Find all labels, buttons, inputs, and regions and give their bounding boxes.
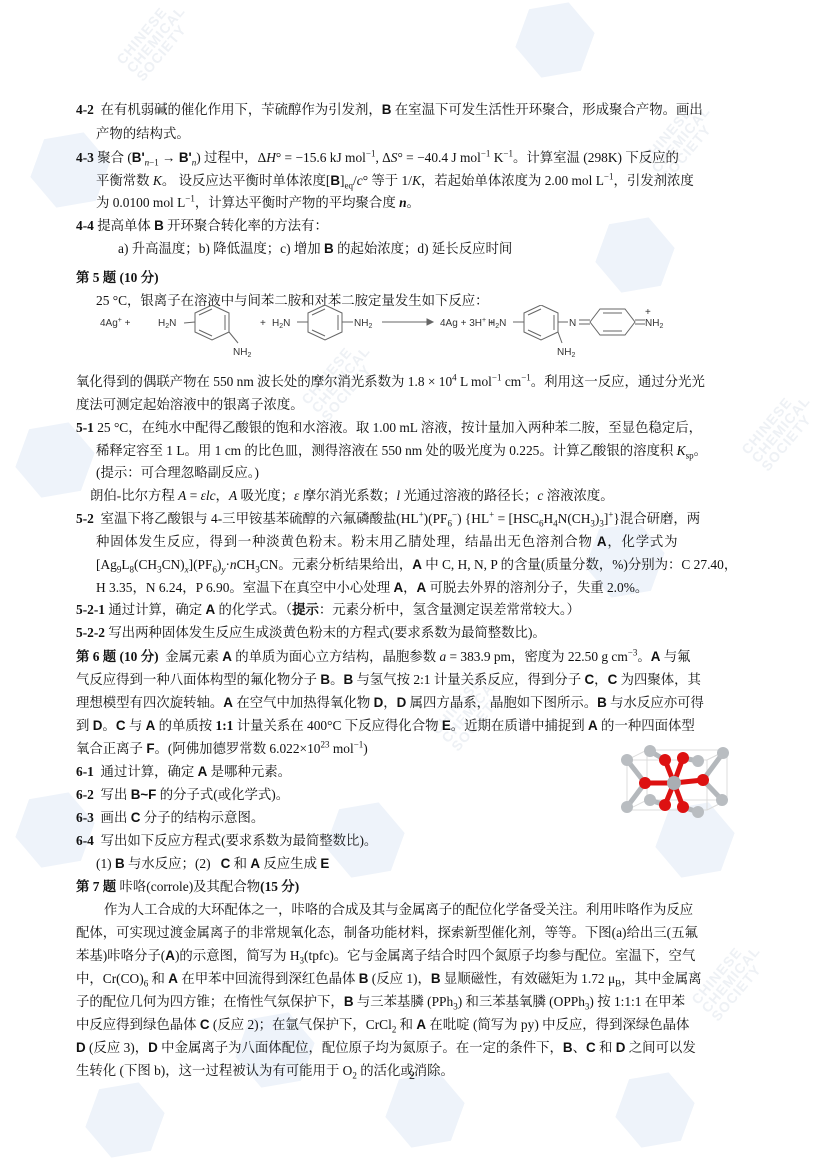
q7-line4: 中，Cr(CO)6 和 A 在甲苯中回流得到深红色晶体 B (反应 1)，B 显… bbox=[76, 969, 702, 989]
svg-text:N: N bbox=[569, 318, 576, 329]
q5-2-line2: 种固体发生反应，得到一种淡黄色粉末。粉末用乙腈处理，结晶出无色溶剂合物 A，化学… bbox=[96, 532, 678, 552]
q5-score: (10 分) bbox=[120, 270, 159, 285]
page-number: 2 bbox=[409, 1068, 415, 1083]
watermark-logo bbox=[588, 205, 681, 304]
q4-3-line2: 平衡常数 K。 设反应达平衡时单体浓度[B]eq/c° 等于 1/K，若起始单体… bbox=[96, 171, 694, 191]
q5-2-line4: H 3.35，N 6.24，P 6.90。室温下在真空中小心处理 A，A 可脱去… bbox=[96, 578, 648, 598]
q5-2-line3: [Ag9L8(CH3CN)x](PF6)y·nCH3CN。元素分析结果给出，A … bbox=[96, 555, 737, 575]
svg-text:+: + bbox=[260, 318, 266, 329]
q5-1-line3: (提示：可合理忽略副反应。) bbox=[96, 463, 259, 483]
svg-text:H2N: H2N bbox=[272, 318, 290, 330]
q4-2-line1: 4-2 在有机弱碱的催化作用下，苄硫醇作为引发剂，B 在室温下可发生活性开环聚合… bbox=[76, 100, 703, 120]
q5-title: 第 5 题 bbox=[76, 270, 116, 285]
svg-text:H2N: H2N bbox=[488, 318, 506, 330]
q6-1: 6-1 通过计算，确定 A 是哪种元素。 bbox=[76, 762, 291, 782]
q7-line3: 苯基)咔咯分子(A)的示意图，简写为 H3(tpfc)。它与金属离子结合时四个氮… bbox=[76, 946, 695, 966]
reactant-ag-ion: 4Ag+ + bbox=[100, 317, 131, 329]
q5-2-line1: 5-2 室温下将乙酸银与 4-三甲铵基苯硫醇的六氟磷酸盐(HL+)(PF6−) … bbox=[76, 509, 700, 529]
q6-line3: 理想模型有四次旋转轴。A 在空气中加热得氧化物 D，D 属四方晶系，晶胞如下图所… bbox=[76, 693, 704, 713]
watermark-logo bbox=[508, 0, 601, 90]
svg-text:NH2: NH2 bbox=[233, 347, 251, 359]
q6-line1: 第 6 题 (10 分) 金属元素 A 的单质为面心立方结构，晶胞参数 a = … bbox=[76, 647, 691, 667]
q5-1-line1: 5-1 25 °C，在纯水中配得乙酸银的饱和水溶液。取 1.00 mL 溶液，按… bbox=[76, 418, 702, 438]
watermark-text: CHINESECHEMICALSOCIETY bbox=[690, 936, 773, 1024]
watermark-logo bbox=[78, 1070, 171, 1169]
q5-2-1: 5-2-1 通过计算，确定 A 的化学式。（提示：元素分析中，氢含量测定误差常常… bbox=[76, 600, 580, 620]
q5-2-2: 5-2-2 写出两种固体发生反应生成淡黄色粉末的方程式(要求系数为最简整数比)。 bbox=[76, 623, 546, 643]
q7-line7: D (反应 3)，D 中金属离子为八面体配位，配位原子均为氮原子。在一定的条件下… bbox=[76, 1038, 696, 1058]
q7-heading: 第 7 题 咔咯(corrole)及其配合物(15 分) bbox=[76, 877, 299, 897]
svg-text:NH2: NH2 bbox=[557, 347, 575, 359]
q5-heading: 第 5 题 (10 分) bbox=[76, 268, 159, 288]
q5-para1: 氧化得到的偶联产物在 550 nm 波长处的摩尔消光系数为 1.8 × 104 … bbox=[76, 372, 705, 392]
q4-4-line1: 4-4 提高单体 B 开环聚合转化率的方法有： bbox=[76, 216, 328, 236]
svg-text:+: + bbox=[645, 307, 651, 318]
q4-4-options: a) 升高温度；b) 降低温度；c) 增加 B 的起始浓度；d) 延长反应时间 bbox=[118, 239, 512, 259]
q5-1-line2: 稀释定容至 1 L。用 1 cm 的比色皿，测得溶液在 550 nm 处的吸光度… bbox=[96, 441, 707, 461]
q5-reaction-scheme: 4Ag+ + H2N NH2 + H2N NH2 4Ag + 3H+ + H2N… bbox=[100, 305, 700, 365]
watermark-text: CHINESECHEMICALSOCIETY bbox=[740, 386, 823, 474]
svg-text:4Ag + 3H+ +: 4Ag + 3H+ + bbox=[440, 317, 495, 329]
q6-line5: 氧合正离子 F。(阿佛加德罗常数 6.022×1023 mol−1) bbox=[76, 739, 368, 759]
q7-line5: 子的配位几何为四方锥；在惰性气氛保护下，B 与三苯基膦 (PPh3) 和三苯基氧… bbox=[76, 992, 685, 1012]
q7-line1: 作为人工合成的大环配体之一，咔咯的合成及其与金属离子的配位化学备受关注。利用咔咯… bbox=[104, 900, 693, 920]
q6-4: 6-4 写出如下反应方程式(要求系数为最简整数比)。 bbox=[76, 831, 377, 851]
q4-3-line1: 4-3 聚合 (B'n−1 → B'n) 过程中，ΔH° = −15.6 kJ … bbox=[76, 148, 679, 168]
svg-text:NH2: NH2 bbox=[354, 318, 372, 330]
q4-3-line3: 为 0.0100 mol L−1，计算达平衡时产物的平均聚合度 n。 bbox=[96, 193, 420, 213]
svg-text:H2N: H2N bbox=[158, 318, 176, 330]
watermark-logo bbox=[608, 1060, 701, 1159]
svg-text:NH2: NH2 bbox=[645, 318, 663, 330]
q5-1-line4: 朗伯-比尔方程 A = εlc，A 吸光度；ε 摩尔消光系数；l 光通过溶液的路… bbox=[90, 486, 614, 506]
q7-line6: 中反应得到绿色晶体 C (反应 2)；在氩气保护下，CrCl2 和 A 在吡啶 … bbox=[76, 1015, 689, 1035]
q6-line2: 气反应得到一种八面体构型的氟化物分子 B。B 与氢气按 2:1 计量关系反应，得… bbox=[76, 670, 701, 690]
q7-line2: 配体，可实现过渡金属离子的非常规氧化态，制备功能材料，探索新型催化剂，等等。下图… bbox=[76, 923, 698, 943]
q6-2: 6-2 写出 B~F 的分子式(或化学式)。 bbox=[76, 785, 289, 805]
watermark-text: CHINESECHEMICALSOCIETY bbox=[115, 0, 198, 83]
q6-3: 6-3 画出 C 分子的结构示意图。 bbox=[76, 808, 264, 828]
q7-line8: 生转化 (下图 b)，这一过程被认为有可能用于 O2 的活化或消除。 bbox=[76, 1061, 454, 1081]
q5-para2: 度法可测定起始溶液中的银离子浓度。 bbox=[76, 395, 304, 415]
q6-line4: 到 D。C 与 A 的单质按 1:1 计量关系在 400°C 下反应得化合物 E… bbox=[76, 716, 695, 736]
q4-2-line2: 产物的结构式。 bbox=[96, 124, 190, 144]
q6-4-items: (1) B 与水反应；(2) C 和 A 反应生成 E bbox=[96, 854, 329, 874]
unit-cell-figure bbox=[610, 735, 760, 835]
